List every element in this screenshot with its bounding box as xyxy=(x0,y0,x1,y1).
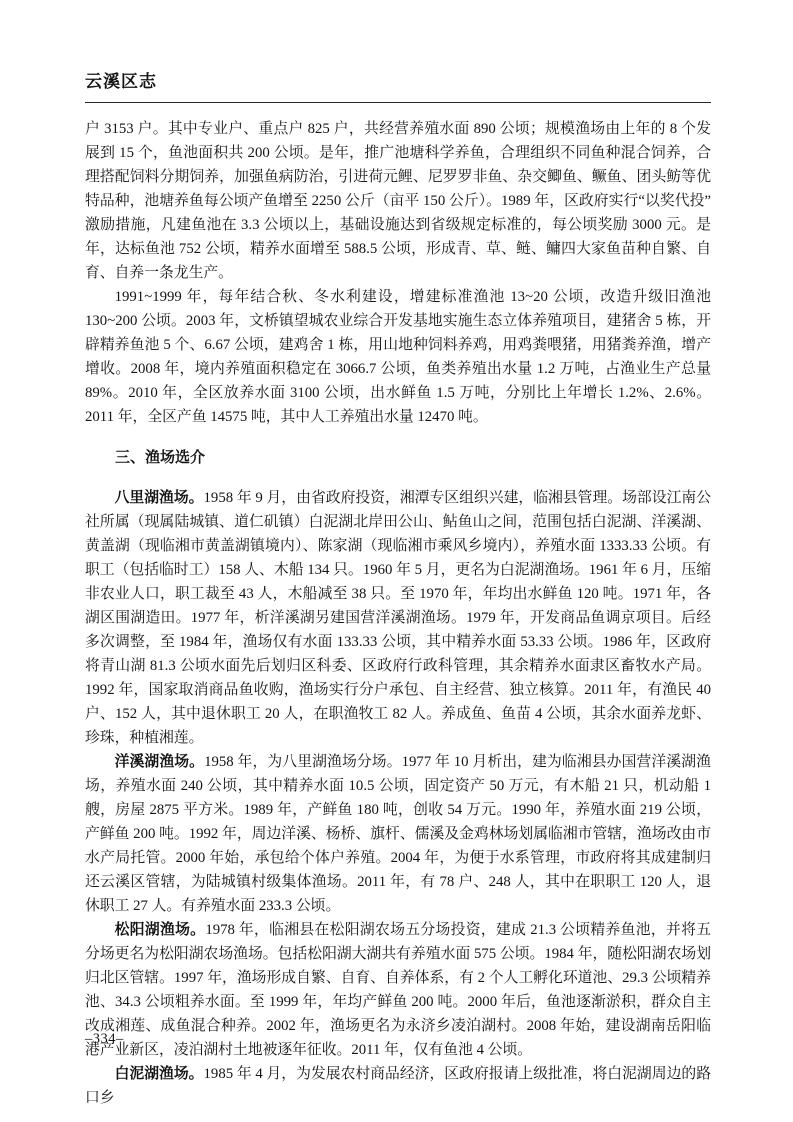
entry-text-yangxihu: 1958 年，为八里湖渔场分场。1977 年 10 月析出，建为临湘县办国营洋溪… xyxy=(85,754,711,914)
document-page: 云溪区志 户 3153 户。其中专业户、重点户 825 户，共经营养殖水面 89… xyxy=(0,0,793,1122)
book-title: 云溪区志 xyxy=(85,72,711,92)
header-rule xyxy=(85,102,711,103)
paragraph-1991-2011: 1991~1999 年，每年结合秋、冬水利建设，增建标准渔池 13~20 公顷，… xyxy=(85,285,711,429)
section-heading: 三、渔场选介 xyxy=(85,446,711,470)
entry-text-songyanghu: 1978 年，临湘县在松阳湖农场五分场投资，建成 21.3 公顷精养鱼池，并将五… xyxy=(85,922,711,1058)
entry-lead-yangxihu: 洋溪湖渔场。 xyxy=(115,754,205,770)
page-footer: –334– xyxy=(85,1031,124,1048)
entry-bainihu: 白泥湖渔场。1985 年 4 月，为发展农村商品经济，区政府报请上级批准，将白泥… xyxy=(85,1062,711,1110)
entry-lead-songyanghu: 松阳湖渔场。 xyxy=(115,922,206,938)
entry-lead-balihu: 八里湖渔场。 xyxy=(115,490,204,506)
page-content-area: 云溪区志 户 3153 户。其中专业户、重点户 825 户，共经营养殖水面 89… xyxy=(85,0,711,1110)
entry-balihu: 八里湖渔场。1958 年 9 月，由省政府投资，湘潭专区组织兴建，临湘县管理。场… xyxy=(85,486,711,750)
page-header: 云溪区志 xyxy=(85,0,711,103)
entry-songyanghu: 松阳湖渔场。1978 年，临湘县在松阳湖农场五分场投资，建成 21.3 公顷精养… xyxy=(85,918,711,1062)
paragraph-continuation: 户 3153 户。其中专业户、重点户 825 户，共经营养殖水面 890 公顷；… xyxy=(85,117,711,285)
entry-lead-bainihu: 白泥湖渔场。 xyxy=(115,1066,204,1082)
page-body: 户 3153 户。其中专业户、重点户 825 户，共经营养殖水面 890 公顷；… xyxy=(85,117,711,1110)
entry-yangxihu: 洋溪湖渔场。1958 年，为八里湖渔场分场。1977 年 10 月析出，建为临湘… xyxy=(85,750,711,918)
page-number: –334– xyxy=(85,1031,124,1047)
entry-text-balihu: 1958 年 9 月，由省政府投资，湘潭专区组织兴建，临湘县管理。场部设江南公社… xyxy=(85,490,711,746)
